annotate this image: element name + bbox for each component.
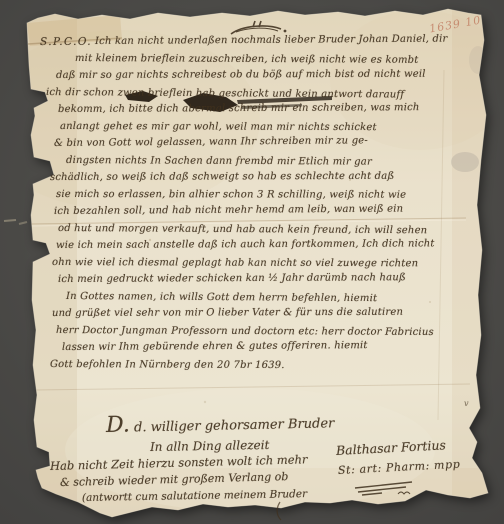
signature-title: St: art: Pharm: mpp (338, 458, 461, 477)
letter-line: od hut und morgen verkauft, und hab auch… (58, 223, 427, 236)
letter-line: & bin von Gott wol gelassen, wann Ihr sc… (54, 135, 368, 149)
letter-line: schädlich, so weiß ich daß schweigt so h… (50, 171, 394, 183)
letter-line: anlangt gehet es mir gar wohl, weil man … (60, 121, 377, 133)
letter-line: In Gottes namen, ich wills Gott dem herr… (66, 291, 377, 304)
salutation-prefix: S.P.C.O. (40, 36, 92, 48)
signature-name: Balthasar Fortius (336, 437, 447, 458)
letter-line: ich bezahlen soll, und hab nicht mehr he… (54, 204, 403, 217)
letter-line: mit kleinem brieflein zuzuschreiben, ich… (75, 53, 419, 66)
letter-line: und grüßet viel sehr von mir O lieber Va… (52, 307, 403, 319)
postscript-line: (antwortt cum salutatione meinem Bruder (82, 488, 307, 504)
letter-line: sie mich so erlassen, bin alhier schon 3… (56, 189, 406, 201)
letter-line: Ich kan nicht underlaßen nochmals lieber… (95, 34, 448, 47)
letter-line: ich mein gedruckt wieder schicken kan ½ … (58, 272, 406, 285)
letter-line: wie ich mein sach anstelle daß ich auch … (56, 238, 435, 251)
scan-background: 1639 10 S.P.C.O. Ich kan nicht underlaße… (0, 0, 504, 524)
letter-line: bekomm, ich bitte dich abermal schreib m… (58, 102, 420, 115)
letter-line: daß mir so gar nichts schreibest ob du b… (56, 69, 426, 81)
letter-text: S.P.C.O. Ich kan nicht underlaßen nochma… (0, 0, 504, 524)
margin-pen-mark: v (464, 399, 469, 408)
letter-line: Gott befohlen In Nürnberg den 20 7br 163… (50, 359, 285, 371)
letter-line: ohn wie viel ich diesmal geplagt hab kan… (52, 257, 418, 269)
letter-line: dingsten nichts In Sachen dann frembd mi… (66, 155, 372, 168)
letter-line: lassen wir Ihm gebürende ehren & gutes o… (62, 340, 368, 353)
letter-line: ich dir schon zwen brieflein hab geschic… (46, 87, 404, 101)
letter-line: herr Doctor Jungman Professorn und docto… (56, 325, 434, 338)
closing-line-2: In alln Ding allezeit (150, 438, 270, 454)
closing-line-1: D. d. williger gehorsamer Bruder (106, 408, 335, 438)
postscript-line: & schreib wieder mit großem Verlang ob (60, 470, 289, 489)
